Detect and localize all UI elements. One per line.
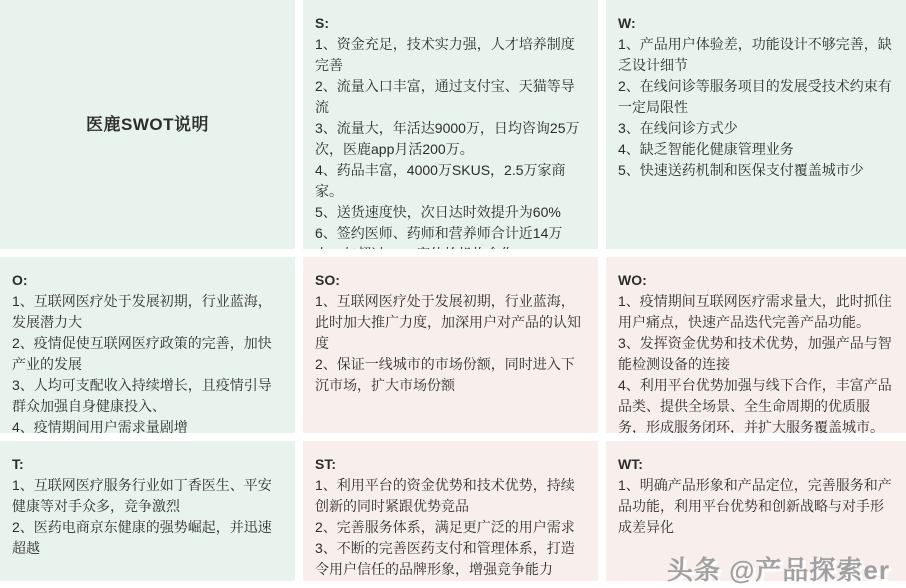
section-heading-s: S: xyxy=(315,13,588,34)
swot-board: 医鹿SWOT说明 S: 1、资金充足，技术实力强，人才培养制度完善2、流量入口丰… xyxy=(0,0,906,581)
section-items-s: 1、资金充足，技术实力强，人才培养制度完善2、流量入口丰富，通过支付宝、天猫等导… xyxy=(315,34,588,249)
section-items-o: 1、互联网医疗处于发展初期，行业蓝海，发展潜力大2、疫情促使互联网医疗政策的完善… xyxy=(12,291,285,433)
swot-cell-opportunities: O: 1、互联网医疗处于发展初期，行业蓝海，发展潜力大2、疫情促使互联网医疗政策… xyxy=(0,257,295,433)
swot-cell-wo-strategies: WO: 1、疫情期间互联网医疗需求量大，此时抓住用户痛点，快速产品迭代完善产品功… xyxy=(606,257,906,433)
swot-item: 6、签约医师、药师和营养师合计近14万人，与超过5500家体检机构合作。 xyxy=(315,223,588,249)
swot-item: 4、疫情期间用户需求量剧增 xyxy=(12,417,285,433)
swot-title-cell: 医鹿SWOT说明 xyxy=(0,0,295,249)
section-items-wo: 1、疫情期间互联网医疗需求量大，此时抓住用户痛点，快速产品迭代完善产品功能。3、… xyxy=(618,291,896,433)
swot-page: 医鹿SWOT说明 S: 1、资金充足，技术实力强，人才培养制度完善2、流量入口丰… xyxy=(0,0,906,588)
swot-cell-strengths: S: 1、资金充足，技术实力强，人才培养制度完善2、流量入口丰富，通过支付宝、天… xyxy=(303,0,598,249)
section-items-wt: 1、明确产品形象和产品定位，完善服务和产品功能，利用平台优势和创新战略与对手形成… xyxy=(618,475,896,538)
section-heading-st: ST: xyxy=(315,454,588,475)
swot-item: 4、利用平台优势加强与线下合作，丰富产品品类、提供全场景、全生命周期的优质服务，… xyxy=(618,375,896,433)
swot-cell-wt-strategies: WT: 1、明确产品形象和产品定位，完善服务和产品功能，利用平台优势和创新战略与… xyxy=(606,441,906,581)
swot-item: 3、不断的完善医药支付和管理体系，打造令用户信任的品牌形象，增强竞争能力 xyxy=(315,538,588,580)
section-items-so: 1、互联网医疗处于发展初期，行业蓝海，此时加大推广力度，加深用户对产品的认知度2… xyxy=(315,291,588,396)
swot-cell-st-strategies: ST: 1、利用平台的资金优势和技术优势，持续创新的同时紧跟优势竞品2、完善服务… xyxy=(303,441,598,581)
swot-item: 5、送货速度快，次日达时效提升为60% xyxy=(315,202,588,223)
section-heading-wt: WT: xyxy=(618,454,896,475)
swot-item: 3、人均可支配收入持续增长，且疫情引导群众加强自身健康投入、 xyxy=(12,375,285,417)
swot-item: 1、资金充足，技术实力强，人才培养制度完善 xyxy=(315,34,588,76)
swot-item: 2、在线问诊等服务项目的发展受技术约束有一定局限性 xyxy=(618,76,896,118)
section-items-w: 1、产品用户体验差，功能设计不够完善，缺乏设计细节2、在线问诊等服务项目的发展受… xyxy=(618,34,896,181)
swot-cell-weaknesses: W: 1、产品用户体验差，功能设计不够完善，缺乏设计细节2、在线问诊等服务项目的… xyxy=(606,0,906,249)
swot-cell-so-strategies: SO: 1、互联网医疗处于发展初期，行业蓝海，此时加大推广力度，加深用户对产品的… xyxy=(303,257,598,433)
swot-item: 3、发挥资金优势和技术优势，加强产品与智能检测设备的连接 xyxy=(618,333,896,375)
section-heading-w: W: xyxy=(618,13,896,34)
section-heading-t: T: xyxy=(12,454,285,475)
swot-item: 4、药品丰富，4000万SKUS，2.5万家商家。 xyxy=(315,160,588,202)
swot-item: 3、流量大，年活达9000万，日均咨询25万次，医鹿app月活200万。 xyxy=(315,118,588,160)
swot-item: 1、互联网医疗处于发展初期，行业蓝海，发展潜力大 xyxy=(12,291,285,333)
page-title: 医鹿SWOT说明 xyxy=(86,114,209,135)
swot-cell-threats: T: 1、互联网医疗服务行业如丁香医生、平安健康等对手众多，竞争激烈2、医药电商… xyxy=(0,441,295,581)
swot-item: 4、缺乏智能化健康管理业务 xyxy=(618,139,896,160)
swot-item: 1、疫情期间互联网医疗需求量大，此时抓住用户痛点，快速产品迭代完善产品功能。 xyxy=(618,291,896,333)
swot-item: 1、互联网医疗服务行业如丁香医生、平安健康等对手众多，竞争激烈 xyxy=(12,475,285,517)
swot-item: 2、完善服务体系，满足更广泛的用户需求 xyxy=(315,517,588,538)
swot-item: 2、医药电商京东健康的强势崛起，并迅速超越 xyxy=(12,517,285,559)
section-heading-wo: WO: xyxy=(618,270,896,291)
section-heading-so: SO: xyxy=(315,270,588,291)
swot-item: 1、明确产品形象和产品定位，完善服务和产品功能，利用平台优势和创新战略与对手形成… xyxy=(618,475,896,538)
swot-item: 2、流量入口丰富，通过支付宝、天猫等导流 xyxy=(315,76,588,118)
swot-item: 1、产品用户体验差，功能设计不够完善，缺乏设计细节 xyxy=(618,34,896,76)
section-items-st: 1、利用平台的资金优势和技术优势，持续创新的同时紧跟优势竞品2、完善服务体系，满… xyxy=(315,475,588,580)
swot-item: 2、疫情促使互联网医疗政策的完善，加快产业的发展 xyxy=(12,333,285,375)
swot-item: 1、互联网医疗处于发展初期，行业蓝海，此时加大推广力度，加深用户对产品的认知度 xyxy=(315,291,588,354)
swot-item: 3、在线问诊方式少 xyxy=(618,118,896,139)
swot-item: 2、保证一线城市的市场份额，同时进入下沉市场，扩大市场份额 xyxy=(315,354,588,396)
swot-item: 5、快速送药机制和医保支付覆盖城市少 xyxy=(618,160,896,181)
swot-item: 1、利用平台的资金优势和技术优势，持续创新的同时紧跟优势竞品 xyxy=(315,475,588,517)
section-items-t: 1、互联网医疗服务行业如丁香医生、平安健康等对手众多，竞争激烈2、医药电商京东健… xyxy=(12,475,285,559)
section-heading-o: O: xyxy=(12,270,285,291)
